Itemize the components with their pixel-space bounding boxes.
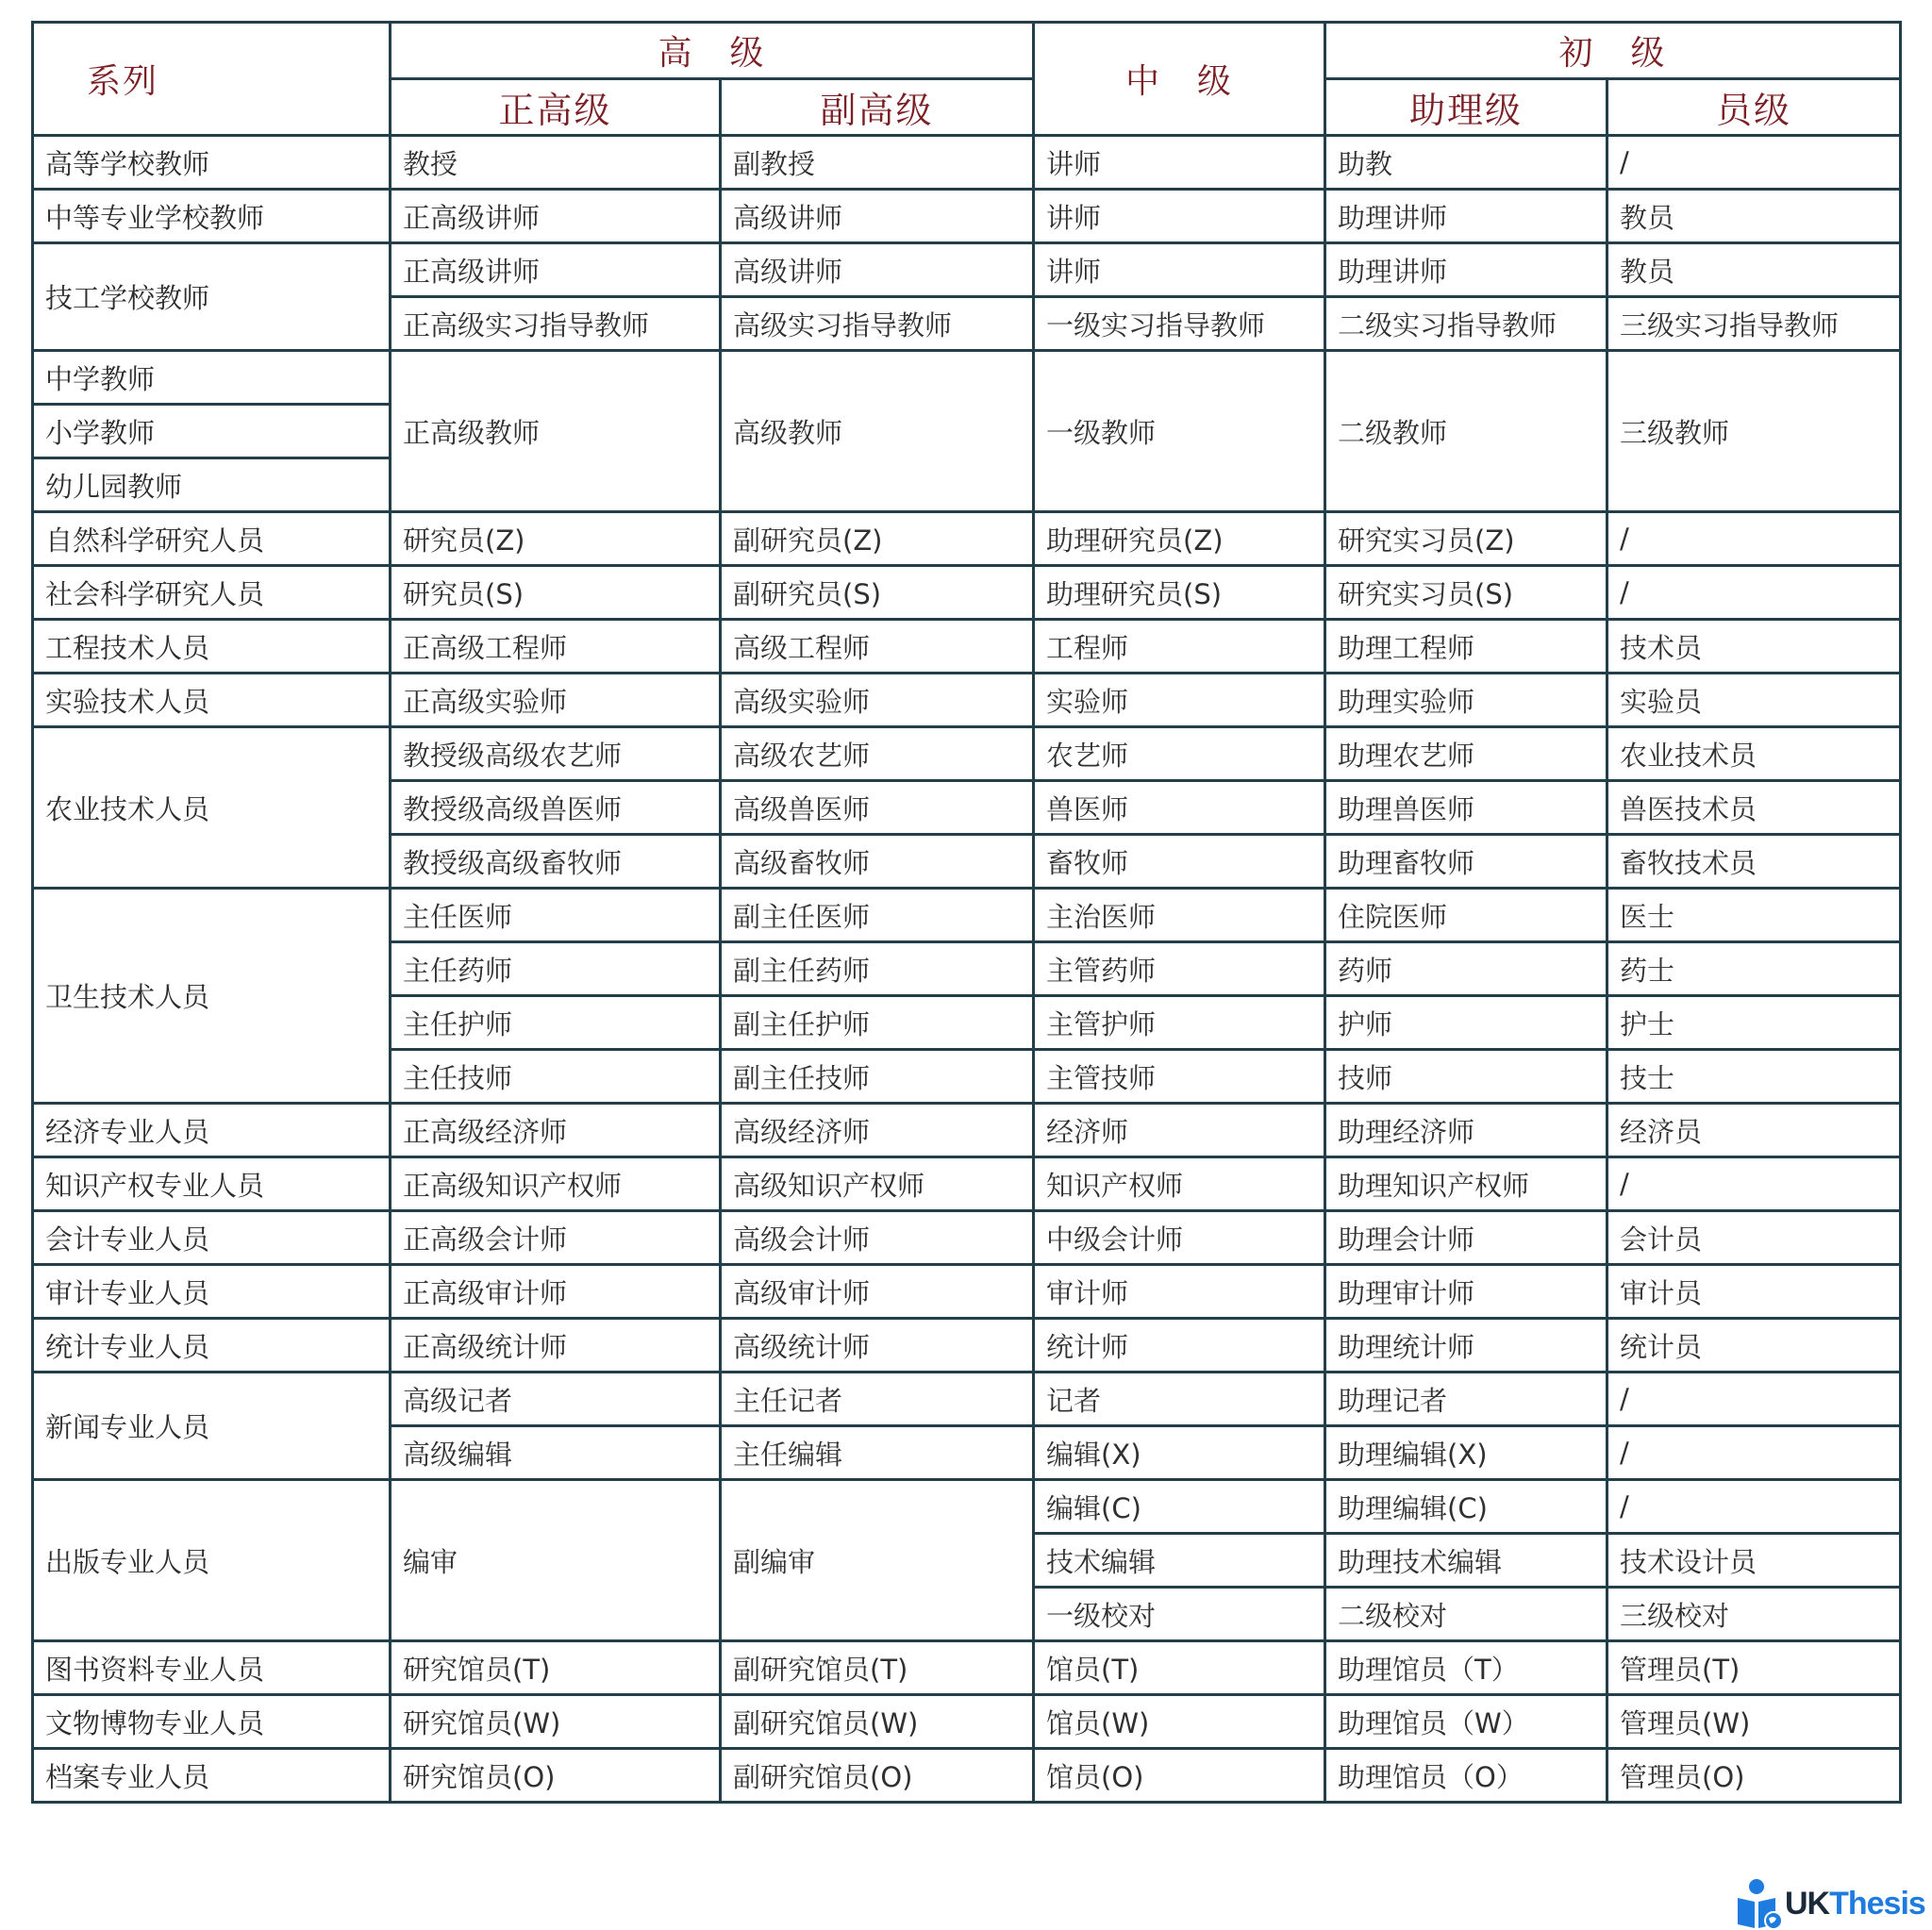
title-cell: 教授级高级农艺师 <box>391 727 721 781</box>
title-cell: 讲师 <box>1034 243 1325 297</box>
title-cell: 助理编辑(C) <box>1325 1480 1607 1534</box>
title-cell: 三级教师 <box>1607 351 1901 512</box>
title-grade-sheet: 系列 高 级 中 级 初 级 正高级 副高级 助理级 员级 高等学校教师教授副教… <box>31 21 1899 1804</box>
title-cell: / <box>1607 1480 1901 1534</box>
series-cell: 中等专业学校教师 <box>33 190 391 243</box>
title-cell: 高级知识产权师 <box>721 1157 1034 1211</box>
series-cell: 审计专业人员 <box>33 1265 391 1319</box>
title-cell: 药师 <box>1325 942 1607 996</box>
title-cell: 农艺师 <box>1034 727 1325 781</box>
table-row: 实验技术人员正高级实验师高级实验师实验师助理实验师实验员 <box>33 674 1901 727</box>
title-cell: 审计员 <box>1607 1265 1901 1319</box>
title-cell: 医士 <box>1607 889 1901 942</box>
title-cell: 管理员(T) <box>1607 1641 1901 1695</box>
title-cell: 知识产权师 <box>1034 1157 1325 1211</box>
table-row: 统计专业人员正高级统计师高级统计师统计师助理统计师统计员 <box>33 1319 1901 1373</box>
title-cell: 高级会计师 <box>721 1211 1034 1265</box>
title-cell: 教员 <box>1607 243 1901 297</box>
series-cell: 高等学校教师 <box>33 136 391 190</box>
series-cell: 档案专业人员 <box>33 1749 391 1803</box>
title-cell: 教授 <box>391 136 721 190</box>
header-junior: 初 级 <box>1325 23 1901 79</box>
title-cell: 助教 <box>1325 136 1607 190</box>
title-cell: 教授级高级兽医师 <box>391 781 721 835</box>
title-cell: 助理馆员（W） <box>1325 1695 1607 1749</box>
title-cell: 主任护师 <box>391 996 721 1050</box>
title-cell: 高级畜牧师 <box>721 835 1034 889</box>
header-junior-staff: 员级 <box>1607 79 1901 136</box>
table-row: 图书资料专业人员研究馆员(T)副研究馆员(T)馆员(T)助理馆员（T）管理员(T… <box>33 1641 1901 1695</box>
table-row: 技工学校教师正高级讲师高级讲师讲师助理讲师教员 <box>33 243 1901 297</box>
title-cell: 畜牧师 <box>1034 835 1325 889</box>
series-cell: 自然科学研究人员 <box>33 512 391 566</box>
title-cell: 高级讲师 <box>721 190 1034 243</box>
title-cell: 主任技师 <box>391 1050 721 1104</box>
table-row: 文物博物专业人员研究馆员(W)副研究馆员(W)馆员(W)助理馆员（W）管理员(W… <box>33 1695 1901 1749</box>
title-cell: 讲师 <box>1034 190 1325 243</box>
title-cell: 兽医技术员 <box>1607 781 1901 835</box>
title-cell: 记者 <box>1034 1373 1325 1426</box>
title-cell: 审计师 <box>1034 1265 1325 1319</box>
title-cell: 二级校对 <box>1325 1588 1607 1641</box>
title-cell: 二级实习指导教师 <box>1325 297 1607 351</box>
header-senior-deputy: 副高级 <box>721 79 1034 136</box>
table-row: 知识产权专业人员正高级知识产权师高级知识产权师知识产权师助理知识产权师/ <box>33 1157 1901 1211</box>
series-cell: 实验技术人员 <box>33 674 391 727</box>
title-cell: 统计员 <box>1607 1319 1901 1373</box>
title-cell: 副主任护师 <box>721 996 1034 1050</box>
table-row: 中等专业学校教师正高级讲师高级讲师讲师助理讲师教员 <box>33 190 1901 243</box>
table-row: 工程技术人员正高级工程师高级工程师工程师助理工程师技术员 <box>33 620 1901 674</box>
header-senior: 高 级 <box>391 23 1034 79</box>
watermark-logo: UKThesis <box>1736 1877 1925 1930</box>
title-cell: 助理研究员(Z) <box>1034 512 1325 566</box>
title-cell: 助理工程师 <box>1325 620 1607 674</box>
title-cell: 正高级讲师 <box>391 243 721 297</box>
title-cell: 高级实验师 <box>721 674 1034 727</box>
series-cell: 知识产权专业人员 <box>33 1157 391 1211</box>
title-cell: 副研究馆员(W) <box>721 1695 1034 1749</box>
title-cell: 助理知识产权师 <box>1325 1157 1607 1211</box>
title-cell: 助理经济师 <box>1325 1104 1607 1157</box>
table-row: 出版专业人员编审副编审编辑(C)助理编辑(C)/ <box>33 1480 1901 1534</box>
title-cell: 研究实习员(S) <box>1325 566 1607 620</box>
title-cell: 技术员 <box>1607 620 1901 674</box>
title-cell: 一级校对 <box>1034 1588 1325 1641</box>
table-row: 社会科学研究人员研究员(S)副研究员(S)助理研究员(S)研究实习员(S)/ <box>33 566 1901 620</box>
table-row: 高等学校教师教授副教授讲师助教/ <box>33 136 1901 190</box>
title-cell: 助理记者 <box>1325 1373 1607 1426</box>
series-cell: 技工学校教师 <box>33 243 391 351</box>
title-cell: 一级教师 <box>1034 351 1325 512</box>
title-cell: 高级统计师 <box>721 1319 1034 1373</box>
series-cell: 会计专业人员 <box>33 1211 391 1265</box>
table-row: 自然科学研究人员研究员(Z)副研究员(Z)助理研究员(Z)研究实习员(Z)/ <box>33 512 1901 566</box>
title-cell: 正高级审计师 <box>391 1265 721 1319</box>
title-cell: 研究员(Z) <box>391 512 721 566</box>
title-cell: 助理农艺师 <box>1325 727 1607 781</box>
header-junior-assistant: 助理级 <box>1325 79 1607 136</box>
title-cell: 副研究馆员(T) <box>721 1641 1034 1695</box>
title-cell: 正高级统计师 <box>391 1319 721 1373</box>
title-cell: 主任医师 <box>391 889 721 942</box>
title-cell: 主任记者 <box>721 1373 1034 1426</box>
title-cell: 高级教师 <box>721 351 1034 512</box>
title-cell: 主管技师 <box>1034 1050 1325 1104</box>
series-cell: 经济专业人员 <box>33 1104 391 1157</box>
series-cell: 工程技术人员 <box>33 620 391 674</box>
title-cell: 正高级实验师 <box>391 674 721 727</box>
title-cell: 经济师 <box>1034 1104 1325 1157</box>
table-row: 新闻专业人员高级记者主任记者记者助理记者/ <box>33 1373 1901 1426</box>
title-cell: 副主任医师 <box>721 889 1034 942</box>
title-cell: 高级记者 <box>391 1373 721 1426</box>
title-cell: 助理统计师 <box>1325 1319 1607 1373</box>
title-cell: 研究实习员(Z) <box>1325 512 1607 566</box>
title-cell: 高级审计师 <box>721 1265 1034 1319</box>
title-cell: 正高级会计师 <box>391 1211 721 1265</box>
series-cell: 中学教师 <box>33 351 391 405</box>
series-cell: 农业技术人员 <box>33 727 391 889</box>
reader-globe-icon <box>1736 1877 1785 1930</box>
title-cell: 主管药师 <box>1034 942 1325 996</box>
title-cell: / <box>1607 1426 1901 1480</box>
title-cell: 主任编辑 <box>721 1426 1034 1480</box>
title-cell: 主任药师 <box>391 942 721 996</box>
title-cell: 高级实习指导教师 <box>721 297 1034 351</box>
series-cell: 文物博物专业人员 <box>33 1695 391 1749</box>
series-cell: 小学教师 <box>33 405 391 458</box>
title-cell: 助理兽医师 <box>1325 781 1607 835</box>
title-cell: 技术编辑 <box>1034 1534 1325 1588</box>
title-cell: 副研究馆员(O) <box>721 1749 1034 1803</box>
title-cell: 副编审 <box>721 1480 1034 1641</box>
title-cell: 主管护师 <box>1034 996 1325 1050</box>
title-cell: 研究馆员(T) <box>391 1641 721 1695</box>
title-cell: 技术设计员 <box>1607 1534 1901 1588</box>
title-cell: 研究员(S) <box>391 566 721 620</box>
title-cell: 畜牧技术员 <box>1607 835 1901 889</box>
title-cell: 编辑(X) <box>1034 1426 1325 1480</box>
title-cell: 住院医师 <box>1325 889 1607 942</box>
title-cell: 高级编辑 <box>391 1426 721 1480</box>
series-cell: 图书资料专业人员 <box>33 1641 391 1695</box>
title-cell: 技士 <box>1607 1050 1901 1104</box>
title-cell: 技师 <box>1325 1050 1607 1104</box>
title-cell: 高级讲师 <box>721 243 1034 297</box>
title-cell: 助理馆员（O） <box>1325 1749 1607 1803</box>
title-cell: 护师 <box>1325 996 1607 1050</box>
title-cell: 中级会计师 <box>1034 1211 1325 1265</box>
title-cell: 副研究员(Z) <box>721 512 1034 566</box>
title-cell: 副主任技师 <box>721 1050 1034 1104</box>
series-cell: 新闻专业人员 <box>33 1373 391 1480</box>
title-cell: 助理讲师 <box>1325 243 1607 297</box>
title-cell: 会计员 <box>1607 1211 1901 1265</box>
table-row: 中学教师正高级教师高级教师一级教师二级教师三级教师 <box>33 351 1901 405</box>
title-cell: 助理馆员（T） <box>1325 1641 1607 1695</box>
title-cell: 农业技术员 <box>1607 727 1901 781</box>
title-cell: 助理讲师 <box>1325 190 1607 243</box>
title-cell: 经济员 <box>1607 1104 1901 1157</box>
title-cell: 助理技术编辑 <box>1325 1534 1607 1588</box>
professional-title-table: 系列 高 级 中 级 初 级 正高级 副高级 助理级 员级 高等学校教师教授副教… <box>31 21 1902 1804</box>
title-cell: 馆员(T) <box>1034 1641 1325 1695</box>
title-cell: 主治医师 <box>1034 889 1325 942</box>
table-row: 卫生技术人员主任医师副主任医师主治医师住院医师医士 <box>33 889 1901 942</box>
title-cell: / <box>1607 1373 1901 1426</box>
title-cell: 药士 <box>1607 942 1901 996</box>
title-cell: 副教授 <box>721 136 1034 190</box>
title-cell: 高级兽医师 <box>721 781 1034 835</box>
title-cell: 一级实习指导教师 <box>1034 297 1325 351</box>
title-cell: 实验员 <box>1607 674 1901 727</box>
title-cell: / <box>1607 566 1901 620</box>
title-cell: / <box>1607 512 1901 566</box>
table-row: 档案专业人员研究馆员(O)副研究馆员(O)馆员(O)助理馆员（O）管理员(O) <box>33 1749 1901 1803</box>
title-cell: 编辑(C) <box>1034 1480 1325 1534</box>
title-cell: 兽医师 <box>1034 781 1325 835</box>
title-cell: 教员 <box>1607 190 1901 243</box>
title-cell: 管理员(W) <box>1607 1695 1901 1749</box>
table-body: 高等学校教师教授副教授讲师助教/中等专业学校教师正高级讲师高级讲师讲师助理讲师教… <box>33 136 1901 1803</box>
title-cell: 助理编辑(X) <box>1325 1426 1607 1480</box>
title-cell: 编审 <box>391 1480 721 1641</box>
title-cell: 正高级知识产权师 <box>391 1157 721 1211</box>
title-cell: / <box>1607 1157 1901 1211</box>
title-cell: / <box>1607 136 1901 190</box>
title-cell: 高级经济师 <box>721 1104 1034 1157</box>
title-cell: 助理会计师 <box>1325 1211 1607 1265</box>
title-cell: 三级校对 <box>1607 1588 1901 1641</box>
title-cell: 助理审计师 <box>1325 1265 1607 1319</box>
table-row: 会计专业人员正高级会计师高级会计师中级会计师助理会计师会计员 <box>33 1211 1901 1265</box>
series-cell: 幼儿园教师 <box>33 458 391 512</box>
table-row: 经济专业人员正高级经济师高级经济师经济师助理经济师经济员 <box>33 1104 1901 1157</box>
title-cell: 正高级经济师 <box>391 1104 721 1157</box>
header-senior-full: 正高级 <box>391 79 721 136</box>
title-cell: 讲师 <box>1034 136 1325 190</box>
series-cell: 出版专业人员 <box>33 1480 391 1641</box>
title-cell: 助理实验师 <box>1325 674 1607 727</box>
title-cell: 副主任药师 <box>721 942 1034 996</box>
title-cell: 教授级高级畜牧师 <box>391 835 721 889</box>
header-series: 系列 <box>33 23 391 136</box>
series-cell: 卫生技术人员 <box>33 889 391 1104</box>
table-row: 农业技术人员教授级高级农艺师高级农艺师农艺师助理农艺师农业技术员 <box>33 727 1901 781</box>
title-cell: 助理研究员(S) <box>1034 566 1325 620</box>
title-cell: 管理员(O) <box>1607 1749 1901 1803</box>
title-cell: 副研究员(S) <box>721 566 1034 620</box>
title-cell: 二级教师 <box>1325 351 1607 512</box>
title-cell: 正高级实习指导教师 <box>391 297 721 351</box>
watermark-text: UKThesis <box>1785 1886 1925 1922</box>
title-cell: 统计师 <box>1034 1319 1325 1373</box>
title-cell: 助理畜牧师 <box>1325 835 1607 889</box>
title-cell: 三级实习指导教师 <box>1607 297 1901 351</box>
title-cell: 正高级工程师 <box>391 620 721 674</box>
title-cell: 馆员(W) <box>1034 1695 1325 1749</box>
title-cell: 高级农艺师 <box>721 727 1034 781</box>
title-cell: 实验师 <box>1034 674 1325 727</box>
header-intermediate: 中 级 <box>1034 23 1325 136</box>
title-cell: 高级工程师 <box>721 620 1034 674</box>
title-cell: 正高级教师 <box>391 351 721 512</box>
title-cell: 护士 <box>1607 996 1901 1050</box>
series-cell: 统计专业人员 <box>33 1319 391 1373</box>
title-cell: 工程师 <box>1034 620 1325 674</box>
table-row: 审计专业人员正高级审计师高级审计师审计师助理审计师审计员 <box>33 1265 1901 1319</box>
title-cell: 研究馆员(W) <box>391 1695 721 1749</box>
series-cell: 社会科学研究人员 <box>33 566 391 620</box>
title-cell: 研究馆员(O) <box>391 1749 721 1803</box>
title-cell: 正高级讲师 <box>391 190 721 243</box>
title-cell: 馆员(O) <box>1034 1749 1325 1803</box>
